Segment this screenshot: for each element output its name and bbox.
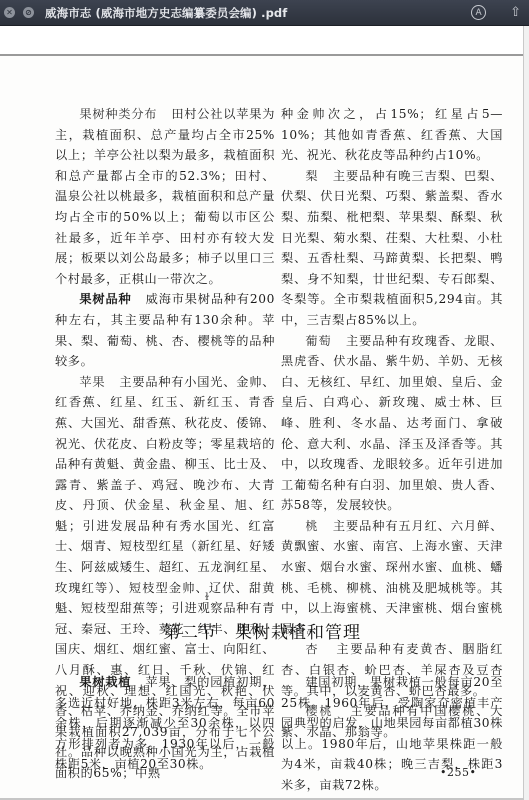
paragraph-text: 苹果、梨的园植初期，多选近村好地，株距3米左右，每亩60余株，后期逐渐减少至30…	[55, 675, 275, 771]
paragraph-lead: 杏	[305, 642, 319, 656]
scan-artifact: ɫ	[205, 592, 209, 603]
paragraph-distribution: 果树种类分布 田村公社以苹果为主，栽植面积、总产量均占全市25%以上；羊亭公社以…	[55, 104, 275, 289]
paragraph-text: 田村公社以苹果为主，栽植面积、总产量均占全市25%以上；羊亭公社以梨为最多，栽植…	[55, 107, 275, 286]
markup-icon[interactable]: A	[471, 5, 486, 20]
window-title: 威海市志 (威海市地方史志编纂委员会编) .pdf	[45, 5, 287, 21]
paragraph-planting: 果树栽植 苹果、梨的园植初期，多选近村好地，株距3米左右，每亩60余株，后期逐渐…	[55, 672, 275, 775]
window-titlebar: ✕ ⊘ 威海市志 (威海市地方史志编纂委员会编) .pdf A ⇧	[0, 0, 529, 26]
paragraph-apple-continued: 种金帅次之，占15%；红星占5—10%；其他如青香蕉、红香蕉、大国光、祝光、秋花…	[281, 104, 503, 166]
paragraph-lead: 梨	[305, 169, 318, 183]
paragraph-lead: 苹果	[79, 375, 105, 389]
paragraph-lead: 桃	[305, 519, 318, 533]
paragraph-varieties: 果树品种 威海市果树品种有200种左右，其主要品种有130余种。苹果、梨、葡萄、…	[55, 289, 275, 371]
section-number: 第二节	[163, 623, 217, 643]
page-number: •255•	[440, 766, 476, 779]
paragraph-text: 种金帅次之，占15%；红星占5—10%；其他如青香蕉、红香蕉、大国光、祝光、秋花…	[281, 107, 503, 162]
paragraph-grape: 葡萄 主要品种有玫瑰香、龙眼、黑虎香、伏水晶、紫牛奶、羊奶、无核白、无核红、早红…	[281, 331, 503, 516]
minimize-icon[interactable]: ⊘	[23, 7, 34, 18]
section-title: 果树栽植和管理	[235, 623, 361, 643]
bottom-left-column: 果树栽植 苹果、梨的园植初期，多选近村好地，株距3米左右，每亩60余株，后期逐渐…	[55, 672, 275, 775]
paragraph-text: 主要品种有玫瑰香、龙眼、黑虎香、伏水晶、紫牛奶、羊奶、无核白、无核红、早红、加里…	[281, 334, 503, 513]
paragraph-lead: 葡萄	[305, 334, 331, 348]
paragraph-text: 主要品种有晚三吉梨、巴梨、伏梨、伏日光梨、巧梨、紫盖梨、香水梨、茄梨、枇杷梨、苹…	[281, 169, 503, 327]
close-icon[interactable]: ✕	[4, 7, 15, 18]
paragraph-lead: 果树品种	[79, 292, 131, 306]
share-icon[interactable]: ⇧	[510, 5, 521, 20]
right-column: 种金帅次之，占15%；红星占5—10%；其他如青香蕉、红香蕉、大国光、祝光、秋花…	[281, 104, 503, 742]
previous-page-bottom	[0, 26, 524, 54]
section-heading: 第二节果树栽植和管理	[0, 618, 524, 643]
paragraph-lead: 果树栽植	[79, 675, 131, 689]
scrollbar[interactable]	[523, 26, 529, 800]
paragraph-lead: 果树种类分布	[79, 107, 157, 121]
paragraph-pear: 梨 主要品种有晚三吉梨、巴梨、伏梨、伏日光梨、巧梨、紫盖梨、香水梨、茄梨、枇杷梨…	[281, 166, 503, 331]
